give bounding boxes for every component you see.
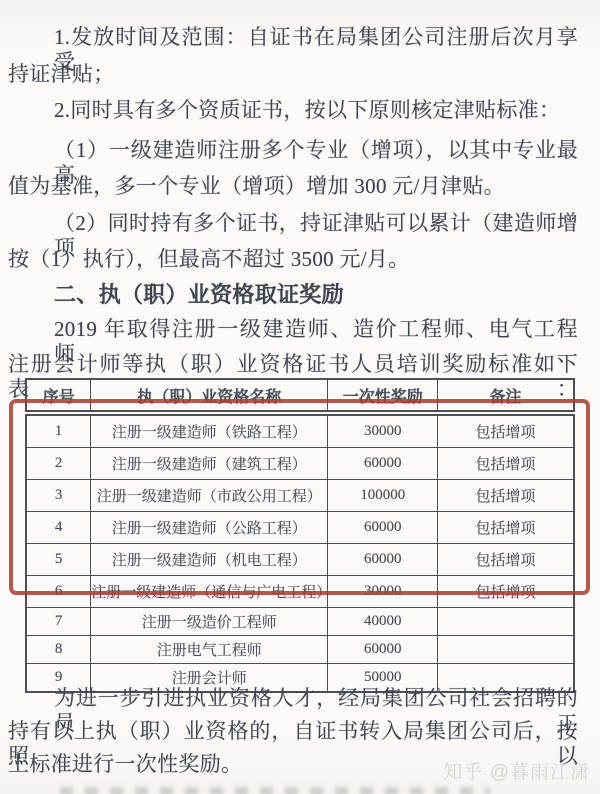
cell-no: 4 [26, 512, 91, 544]
cell-no: 5 [26, 544, 91, 576]
table-row: 3 注册一级建造师（市政公用工程） 100000 包括增项 [26, 480, 574, 512]
cell-note: 包括增项 [438, 512, 574, 544]
cell-reward: 60000 [328, 512, 438, 544]
cell-reward: 30000 [328, 413, 438, 448]
cell-note: 包括增项 [438, 544, 574, 576]
paragraph-line: 按（1）执行），但最高不超过 3500 元/月。 [8, 247, 578, 272]
section-heading: 二、执（职）业资格取证奖励 [8, 282, 578, 307]
cell-reward: 60000 [328, 448, 438, 480]
paragraph-line: 值为基准，多一个专业（增项）增加 300 元/月津贴。 [8, 174, 578, 199]
table-row: 8 注册电气工程师 60000 [26, 636, 574, 664]
table-row: 7 注册一级造价工程师 40000 [26, 608, 574, 636]
table-row: 1 注册一级建造师（铁路工程） 30000 包括增项 [26, 413, 574, 448]
header-cell-name: 执（职）业资格名称 [91, 379, 328, 413]
cell-no: 1 [26, 413, 91, 448]
zhihu-watermark: 知乎 @暮雨江潇 [443, 757, 590, 784]
cell-reward: 40000 [328, 608, 438, 636]
cell-no: 7 [26, 608, 91, 636]
cell-note: 包括增项 [438, 413, 574, 448]
cell-no: 8 [26, 636, 91, 664]
table-row: 4 注册一级建造师（公路工程） 60000 包括增项 [26, 512, 574, 544]
cell-no: 2 [26, 448, 91, 480]
cell-note: 包括增项 [438, 448, 574, 480]
cell-name: 注册电气工程师 [91, 636, 328, 664]
cell-name: 注册一级建造师（公路工程） [91, 512, 328, 544]
cell-note: 包括增项 [438, 576, 574, 608]
cell-no: 6 [26, 576, 91, 608]
cell-reward: 100000 [328, 480, 438, 512]
paragraph-line: 持证津贴； [8, 62, 578, 87]
table-header-row: 序号 执（职）业资格名称 一次性奖励 备注 [26, 379, 574, 413]
cell-note [438, 608, 574, 636]
header-cell-note: 备注 [438, 379, 574, 413]
cell-name: 注册一级造价工程师 [91, 608, 328, 636]
cell-note: 包括增项 [438, 480, 574, 512]
cell-reward: 60000 [328, 544, 438, 576]
cell-note [438, 636, 574, 664]
cell-reward: 30000 [328, 576, 438, 608]
table-row: 2 注册一级建造师（建筑工程） 60000 包括增项 [26, 448, 574, 480]
header-cell-no: 序号 [26, 379, 91, 413]
header-cell-reward: 一次性奖励 [328, 379, 438, 413]
cell-name: 注册一级建造师（建筑工程） [91, 448, 328, 480]
paragraph-line: 2.同时具有多个资质证书，按以下原则核定津贴标准： [8, 98, 578, 123]
cell-reward: 60000 [328, 636, 438, 664]
table-row: 5 注册一级建造师（机电工程） 60000 包括增项 [26, 544, 574, 576]
cell-no: 3 [26, 480, 91, 512]
reward-table: 序号 执（职）业资格名称 一次性奖励 备注 1 注册一级建造师（铁路工程） 30… [25, 378, 575, 693]
table-row: 6 注册一级建造师（通信与广电工程） 30000 包括增项 [26, 576, 574, 608]
document-page: 1.发放时间及范围：自证书在局集团公司注册后次月享受 持证津贴； 2.同时具有多… [0, 0, 600, 794]
cell-name: 注册一级建造师（机电工程） [91, 544, 328, 576]
cell-name: 注册一级建造师（通信与广电工程） [91, 576, 328, 608]
cell-name: 注册一级建造师（市政公用工程） [91, 480, 328, 512]
cutoff-text-blur [60, 787, 490, 794]
cell-name: 注册一级建造师（铁路工程） [91, 413, 328, 448]
